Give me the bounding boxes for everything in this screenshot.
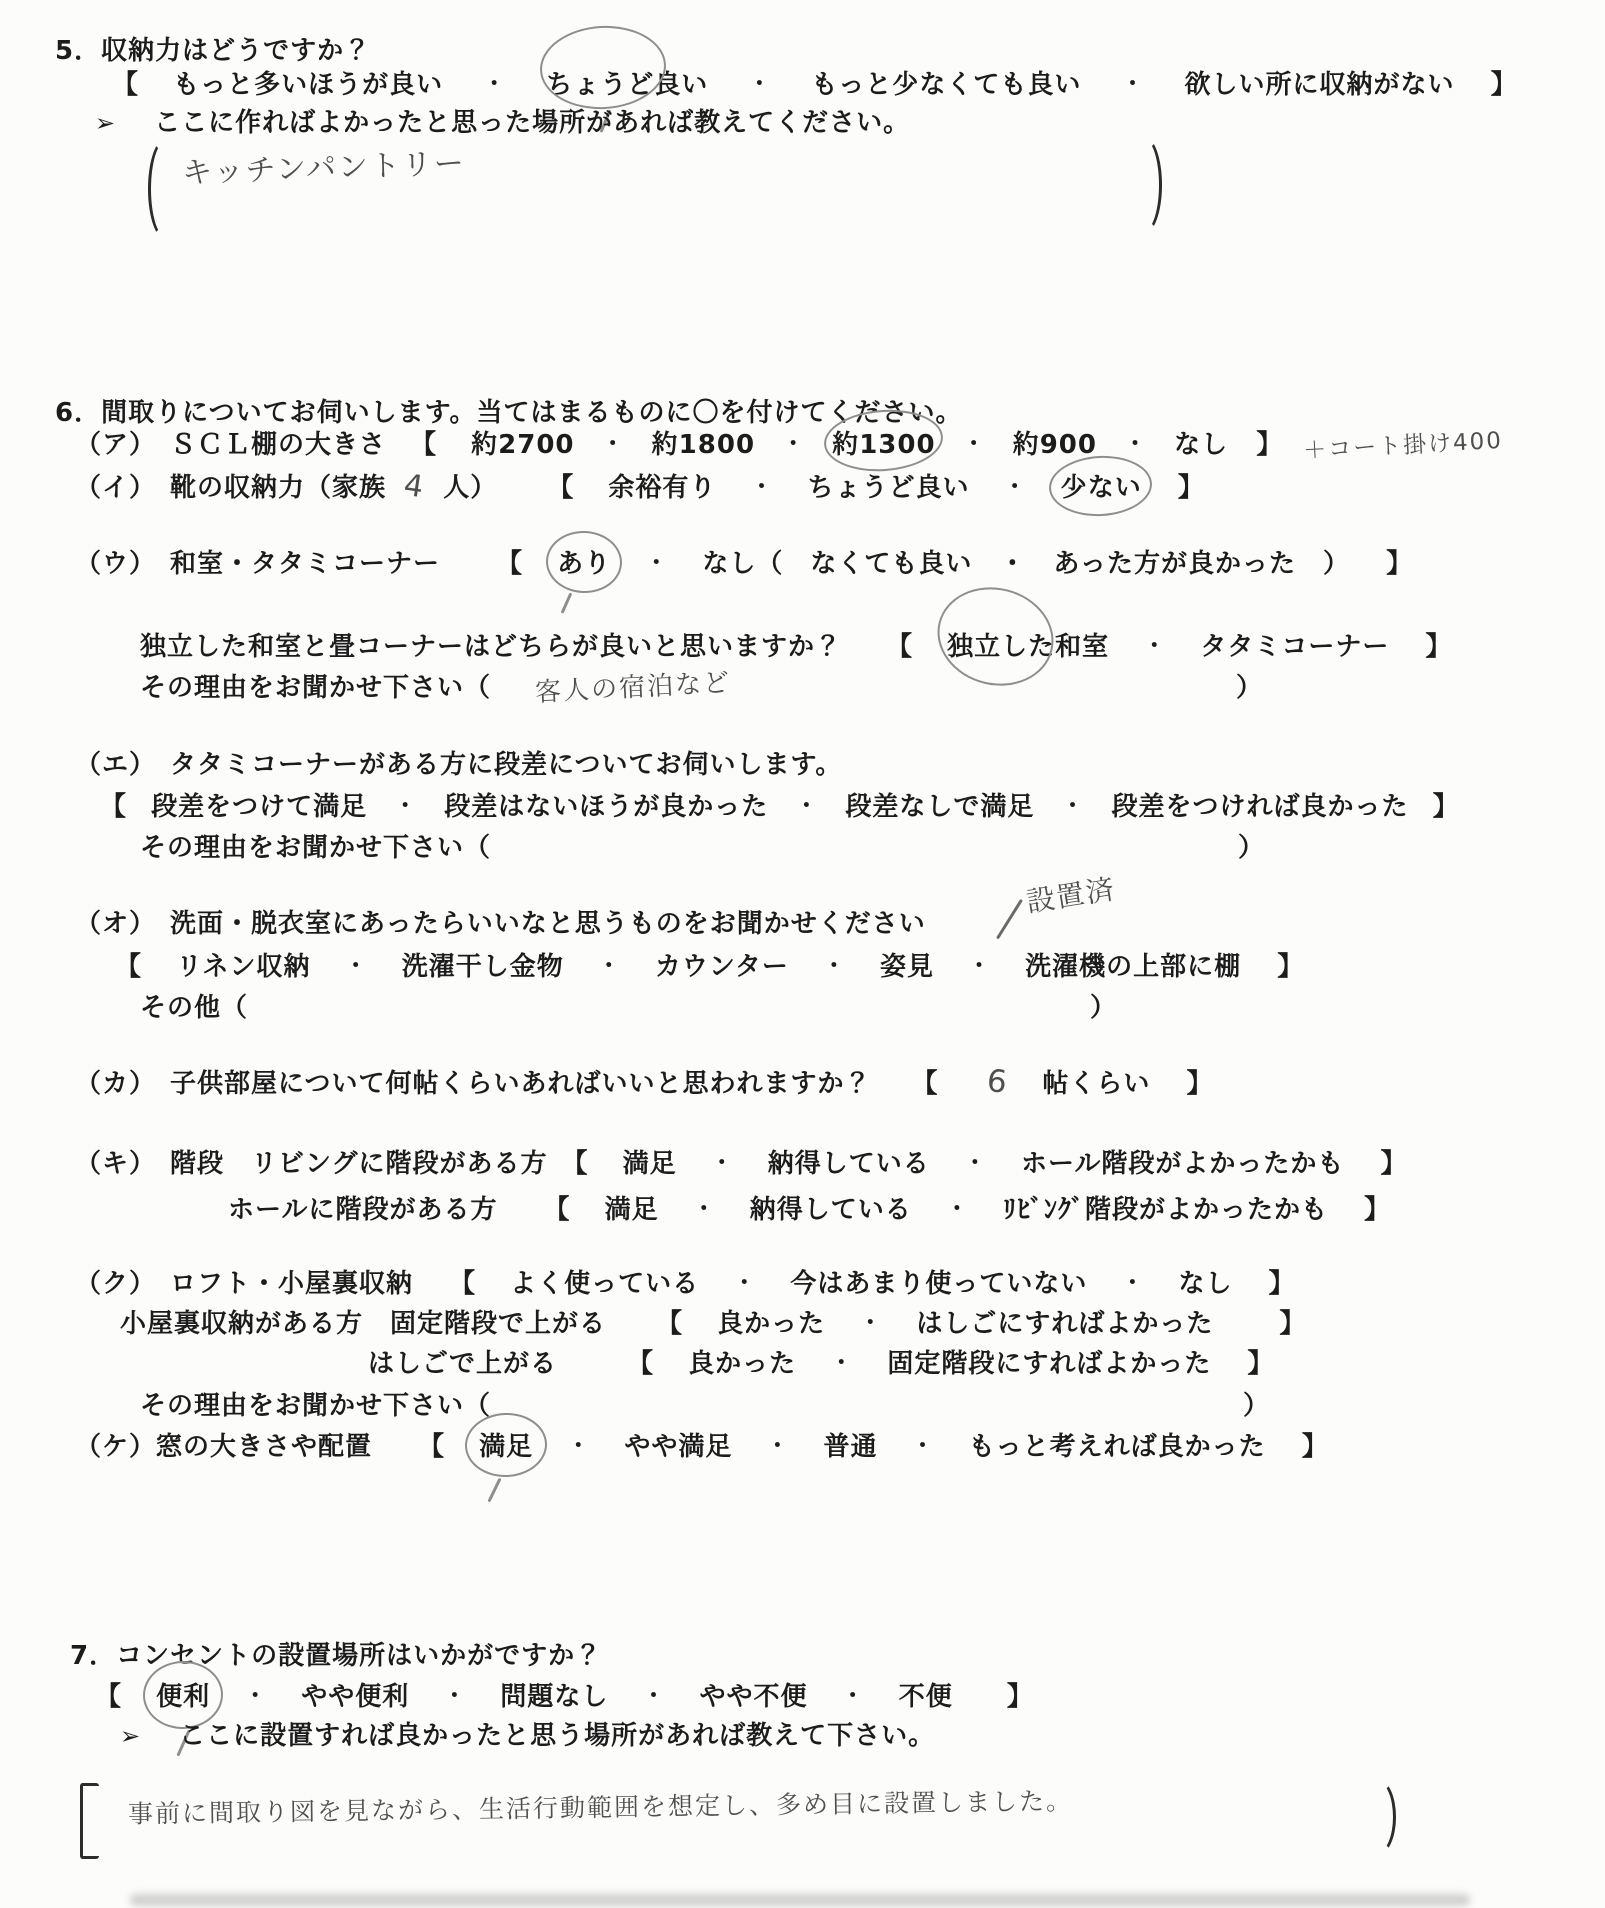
q6-row-ka-unit: 帖くらい <box>1042 1069 1150 1099</box>
bracket-close: 】 <box>1302 1432 1329 1462</box>
option-nashi: なし <box>1174 424 1228 461</box>
arrow-icon: ➢ <box>95 109 116 137</box>
option-hashigo-ni-sureba: はしごにすればよかった <box>916 1303 1213 1340</box>
bracket-open: 【 <box>410 430 437 460</box>
answer-paren-right <box>1360 1779 1396 1855</box>
q6-row-ki-label2: ホールに階段がある方 <box>228 1195 497 1225</box>
option-dansa-2: 段差はないほうが良かった <box>444 786 768 823</box>
option-manzoku-selected: 満足 <box>479 1426 533 1463</box>
q6-row-ke: （ケ）窓の大きさや配置 【 満足 ・ やや満足 ・ 普通 ・ もっと考えれば良か… <box>75 1426 1329 1463</box>
q7-prompt-text: ここに設置すれば良かったと思う場所があれば教えて下さい。 <box>179 1721 935 1751</box>
separator-dot: ・ <box>733 1271 756 1296</box>
q6-row-o-other-row: その他（ <box>140 987 248 1024</box>
separator-dot: ・ <box>795 794 818 819</box>
option-dansa-4: 段差をつければ良かった <box>1112 786 1409 823</box>
option-counter: カウンター <box>655 946 789 983</box>
separator-dot: ・ <box>823 954 846 979</box>
separator-dot: ・ <box>1004 475 1027 500</box>
bracket-open: 【 <box>656 1309 683 1339</box>
handwritten-slash-mark <box>996 899 1022 939</box>
separator-dot: ・ <box>968 954 991 979</box>
bracket-open: 【 <box>912 1069 939 1099</box>
option-mondai-nashi: 問題なし <box>500 1676 608 1713</box>
option-manzoku-label: 満足 <box>479 1432 533 1462</box>
option-yokatta: 良かった <box>688 1343 796 1380</box>
bracket-open: 【 <box>544 1195 571 1225</box>
separator-dot: ・ <box>830 1351 853 1376</box>
q5-option-1: もっと多いほうが良い <box>173 64 443 101</box>
bracket-close: 】 <box>1187 1069 1214 1099</box>
q6-row-i-handwritten-family-count: 4 <box>402 468 428 506</box>
q6-row-i-label-post: 人） <box>443 473 497 503</box>
option-linen: リネン収納 <box>176 946 310 983</box>
option-yokatta: 良かった <box>717 1303 825 1340</box>
bracket-close: 】 <box>1386 549 1413 579</box>
option-sukunai-label: 少ない <box>1061 473 1142 503</box>
separator-dot: ・ <box>1124 432 1147 457</box>
answer-bracket-left <box>80 1783 99 1859</box>
q6-row-u-label: （ウ） 和室・タタミコーナー <box>75 549 440 579</box>
option-yoku-tsukatteiru: よく使っている <box>510 1263 699 1300</box>
option-dansa-1: 段差をつけて満足 <box>151 786 367 823</box>
separator-dot: ・ <box>1143 634 1166 659</box>
answer-paren-left <box>148 138 184 240</box>
separator-dot: ・ <box>842 1684 865 1709</box>
q6-row-u2-reason-label: その理由をお聞かせ下さい（ <box>140 673 491 703</box>
separator-dot: ・ <box>766 1434 789 1459</box>
option-yaya-benri: やや便利 <box>301 1676 409 1713</box>
q6-row-ku-line1: （ク） ロフト・小屋裏収納 【 よく使っている ・ 今はあまり使っていない ・ … <box>75 1263 1296 1300</box>
bracket-open: 【 <box>886 632 913 662</box>
q6-row-e-reason-close: ） <box>1238 827 1264 864</box>
q5-title: 5．収納力はどうですか？ <box>55 30 371 67</box>
option-choudoyoi: ちょうど良い <box>808 467 970 504</box>
separator-dot: ・ <box>602 432 625 457</box>
q7-title: 7．コンセントの設置場所はいかがですか？ <box>70 1635 602 1672</box>
q6-row-o-options-row: 【 リネン収納 ・ 洗濯干し金物 ・ カウンター ・ 姿見 ・ 洗濯機の上部に棚… <box>115 946 1304 983</box>
separator-dot: ・ <box>1061 794 1084 819</box>
option-benri-label: 便利 <box>156 1682 210 1712</box>
q5-handwritten-answer: キッチンパントリー <box>181 138 466 192</box>
separator-dot: ・ <box>1121 72 1144 97</box>
q6-row-a-label: （ア） ＳＣＬ棚の大きさ <box>75 430 386 460</box>
separator-dot: ・ <box>394 794 417 819</box>
option-900: 約900 <box>1013 424 1097 461</box>
separator-dot: ・ <box>946 1197 969 1222</box>
separator-dot: ・ <box>1121 1271 1144 1296</box>
option-dokuritsu-selected: 独立した和室 <box>947 626 1109 663</box>
option-2700: 約2700 <box>471 424 574 461</box>
q6-row-u2-reason-row: その理由をお聞かせ下さい（ 客人の宿泊など <box>140 667 731 704</box>
option-1300-label: 約1300 <box>832 430 935 460</box>
q5-title-text: 5．収納力はどうですか？ <box>55 36 371 66</box>
q6-row-a: （ア） ＳＣＬ棚の大きさ 【 約2700 ・ 約1800 ・ 約1300 ・ 約… <box>75 424 1503 461</box>
q6-row-ku-reason-label: その理由をお聞かせ下さい（ <box>140 1391 491 1421</box>
arrow-icon: ➢ <box>120 1722 141 1750</box>
separator-dot: ・ <box>964 1151 987 1176</box>
q6-row-u: （ウ） 和室・タタミコーナー 【 あり ・ なし（ なくても良い ・ あった方が… <box>75 543 1413 580</box>
bracket-close: 】 <box>1256 430 1283 460</box>
separator-dot: ・ <box>693 1197 716 1222</box>
bracket-open: 【 <box>496 549 523 579</box>
option-ari-label: あり <box>557 549 611 579</box>
q7-title-text: 7．コンセントの設置場所はいかがですか？ <box>70 1641 602 1671</box>
q6-row-o-label: （オ） 洗面・脱衣室にあったらいいなと思うものをお聞かせください <box>75 909 926 939</box>
bracket-close: 】 <box>1364 1195 1391 1225</box>
bracket-open: 【 <box>115 952 142 982</box>
separator-dot: ・ <box>711 1151 734 1176</box>
q5-prompt-text: ここに作ればよかったと思った場所があれば教えてください。 <box>154 108 910 138</box>
option-1800: 約1800 <box>652 424 755 461</box>
q6-row-o-label-row: （オ） 洗面・脱衣室にあったらいいなと思うものをお聞かせください <box>75 903 926 940</box>
bracket-open: 【 <box>418 1432 445 1462</box>
separator-dot: ・ <box>598 954 621 979</box>
separator-dot: ・ <box>963 432 986 457</box>
separator-dot: ・ <box>782 432 805 457</box>
q6-row-u2-reason-close: ） <box>1236 667 1262 704</box>
option-sentaku-kanamono: 洗濯干し金物 <box>402 946 564 983</box>
option-sentakuki-tana: 洗濯機の上部に棚 <box>1025 946 1241 983</box>
q5-option-4: 欲しい所に収納がない <box>1185 64 1455 101</box>
option-living-kaidan: ﾘﾋﾞﾝｸﾞ階段がよかったかも <box>1003 1189 1328 1226</box>
q6-row-ka-handwritten-answer: 6 <box>985 1063 1010 1101</box>
bracket-close: 】 <box>1247 1349 1274 1379</box>
q6-row-e-label: （エ） タタミコーナーがある方に段差についてお伺いします。 <box>75 750 842 780</box>
q5-option-3: もっと少なくても良い <box>811 64 1081 101</box>
separator-dot: ・ <box>443 1684 466 1709</box>
bracket-close: 】 <box>1279 1309 1306 1339</box>
q6-row-ku-label1: （ク） ロフト・小屋裏収納 <box>75 1269 413 1299</box>
q6-row-e-reason-row: その理由をお聞かせ下さい（ <box>140 827 491 864</box>
option-ari-selected: あり <box>557 543 611 580</box>
q7-options-row: 【 便利 ・ やや便利 ・ 問題なし ・ やや不便 ・ 不便 】 <box>95 1676 1034 1713</box>
option-manzoku: 満足 <box>605 1189 659 1226</box>
scanned-survey-page: 5．収納力はどうですか？ 【 もっと多いほうが良い ・ ちょうど良い ・ もっと… <box>0 0 1605 1908</box>
option-manzoku: 満足 <box>623 1143 677 1180</box>
q6-row-ku-line3: はしごで上がる 【 良かった ・ 固定階段にすればよかった 】 <box>368 1343 1274 1380</box>
q6-row-ku-label2: 小屋裏収納がある方 固定階段で上がる <box>120 1309 606 1339</box>
bracket-close: 】 <box>1277 952 1304 982</box>
q5-prompt-row: ➢ ここに作ればよかったと思った場所があれば教えてください。 <box>95 102 910 139</box>
q6-row-o-handwritten-annotation: 設置済 <box>1023 867 1118 921</box>
q6-row-ku-reason-row: その理由をお聞かせ下さい（ <box>140 1385 491 1422</box>
bracket-open: 【 <box>449 1269 476 1299</box>
separator-dot: ・ <box>483 72 506 97</box>
option-tatami-corner: タタミコーナー <box>1200 626 1389 663</box>
option-1300-selected: 約1300 <box>832 424 935 461</box>
q6-row-ku-line2: 小屋裏収納がある方 固定階段で上がる 【 良かった ・ はしごにすればよかった … <box>120 1303 1306 1340</box>
option-nashi: なし <box>1178 1263 1232 1300</box>
option-benri-selected: 便利 <box>156 1676 210 1713</box>
separator-dot: ・ <box>642 1684 665 1709</box>
q6-row-e-label-row: （エ） タタミコーナーがある方に段差についてお伺いします。 <box>75 744 842 781</box>
option-motto-kangaereba: もっと考えれば良かった <box>969 1426 1266 1463</box>
separator-dot: ・ <box>750 475 773 500</box>
q6-row-a-handwritten-annotation: ＋コート掛け400 <box>1303 422 1504 465</box>
q6-row-u2-handwritten-reason: 客人の宿泊など <box>534 662 732 709</box>
bracket-open: 【 <box>112 70 139 100</box>
option-fuben: 不便 <box>899 1676 953 1713</box>
q6-row-i-label-pre: （イ） 靴の収納力（家族 <box>75 473 386 503</box>
bracket-close: 】 <box>1433 792 1460 822</box>
selection-circle-tail <box>561 592 572 613</box>
bracket-open: 【 <box>100 792 127 822</box>
option-hall-kaidan: ホール階段がよかったかも <box>1021 1143 1344 1180</box>
q6-row-ki-label1: （キ） 階段 リビングに階段がある方 <box>75 1149 547 1179</box>
q6-row-ku-label3: はしごで上がる <box>368 1349 557 1379</box>
option-amari-tsukattenai: 今はあまり使っていない <box>790 1263 1087 1300</box>
option-yaya-fuben: やや不便 <box>700 1676 808 1713</box>
q6-row-e-options-row: 【 段差をつけて満足 ・ 段差はないほうが良かった ・ 段差なしで満足 ・ 段差… <box>100 786 1460 823</box>
option-sugatami: 姿見 <box>880 946 934 983</box>
option-sukunai-selected: 少ない <box>1061 467 1142 504</box>
separator-dot: ・ <box>912 1434 935 1459</box>
bracket-close: 】 <box>1425 632 1452 662</box>
option-nashi-group: なし（ なくても良い ・ あった方が良かった ） <box>702 543 1350 580</box>
option-dansa-3: 段差なしで満足 <box>845 786 1034 823</box>
separator-dot: ・ <box>748 72 771 97</box>
q7-prompt-row: ➢ ここに設置すれば良かったと思う場所があれば教えて下さい。 <box>120 1715 935 1752</box>
q6-row-ke-label: （ケ）窓の大きさや配置 <box>75 1432 372 1462</box>
q6-row-e-reason-label: その理由をお聞かせ下さい（ <box>140 833 491 863</box>
bracket-open: 【 <box>95 1682 122 1712</box>
option-nattoku: 納得している <box>750 1189 912 1226</box>
q7-handwritten-answer: 事前に間取り図を見ながら、生活行動範囲を想定し、多め目に設置しました。 <box>128 1781 1073 1830</box>
option-futsuu: 普通 <box>823 1426 877 1463</box>
option-dokuritsu-label: 独立した和室 <box>947 632 1109 662</box>
option-kotei-kaidan-ni-sureba: 固定階段にすればよかった <box>887 1343 1211 1380</box>
separator-dot: ・ <box>859 1311 882 1336</box>
q6-row-u2-question-row: 独立した和室と畳コーナーはどちらが良いと思いますか？ 【 独立した和室 ・ タタ… <box>140 626 1452 663</box>
q6-row-ka: （カ） 子供部屋について何帖くらいあればいいと思われますか？ 【 6 帖くらい … <box>75 1063 1214 1100</box>
separator-dot: ・ <box>645 551 668 576</box>
scan-shadow <box>130 1894 1470 1906</box>
separator-dot: ・ <box>345 954 368 979</box>
bracket-open: 【 <box>547 473 574 503</box>
option-yaya-manzoku: やや満足 <box>624 1426 732 1463</box>
bracket-close: 】 <box>1007 1682 1034 1712</box>
bracket-open: 【 <box>562 1149 589 1179</box>
q6-row-ki-line2: ホールに階段がある方 【 満足 ・ 納得している ・ ﾘﾋﾞﾝｸﾞ階段がよかった… <box>228 1189 1391 1226</box>
q6-row-ka-label: （カ） 子供部屋について何帖くらいあればいいと思われますか？ <box>75 1069 871 1099</box>
separator-dot: ・ <box>244 1684 267 1709</box>
q5-options-row: 【 もっと多いほうが良い ・ ちょうど良い ・ もっと少なくても良い ・ 欲しい… <box>112 64 1518 101</box>
separator-dot: ・ <box>567 1434 590 1459</box>
q6-row-o-other-label: その他（ <box>140 993 248 1023</box>
bracket-close: 】 <box>1178 473 1205 503</box>
q5-option-2-selected: ちょうど良い <box>546 64 708 101</box>
q6-row-o-other-close: ） <box>1090 987 1116 1024</box>
bracket-close: 】 <box>1491 70 1518 100</box>
bracket-close: 】 <box>1380 1149 1407 1179</box>
q6-row-u2-question: 独立した和室と畳コーナーはどちらが良いと思いますか？ <box>140 632 842 662</box>
answer-paren-right <box>1126 136 1162 234</box>
option-yoyuu: 余裕有り <box>608 467 716 504</box>
q6-row-i: （イ） 靴の収納力（家族 4 人） 【 余裕有り ・ ちょうど良い ・ 少ない … <box>75 467 1205 504</box>
q6-row-ki-line1: （キ） 階段 リビングに階段がある方 【 満足 ・ 納得している ・ ホール階段… <box>75 1143 1408 1180</box>
q6-row-ku-reason-close: ） <box>1243 1385 1269 1422</box>
bracket-close: 】 <box>1269 1269 1296 1299</box>
option-nattoku: 納得している <box>768 1143 930 1180</box>
q5-option-2-label: ちょうど良い <box>546 70 708 100</box>
selection-circle-tail <box>488 1478 502 1502</box>
bracket-open: 【 <box>627 1349 654 1379</box>
